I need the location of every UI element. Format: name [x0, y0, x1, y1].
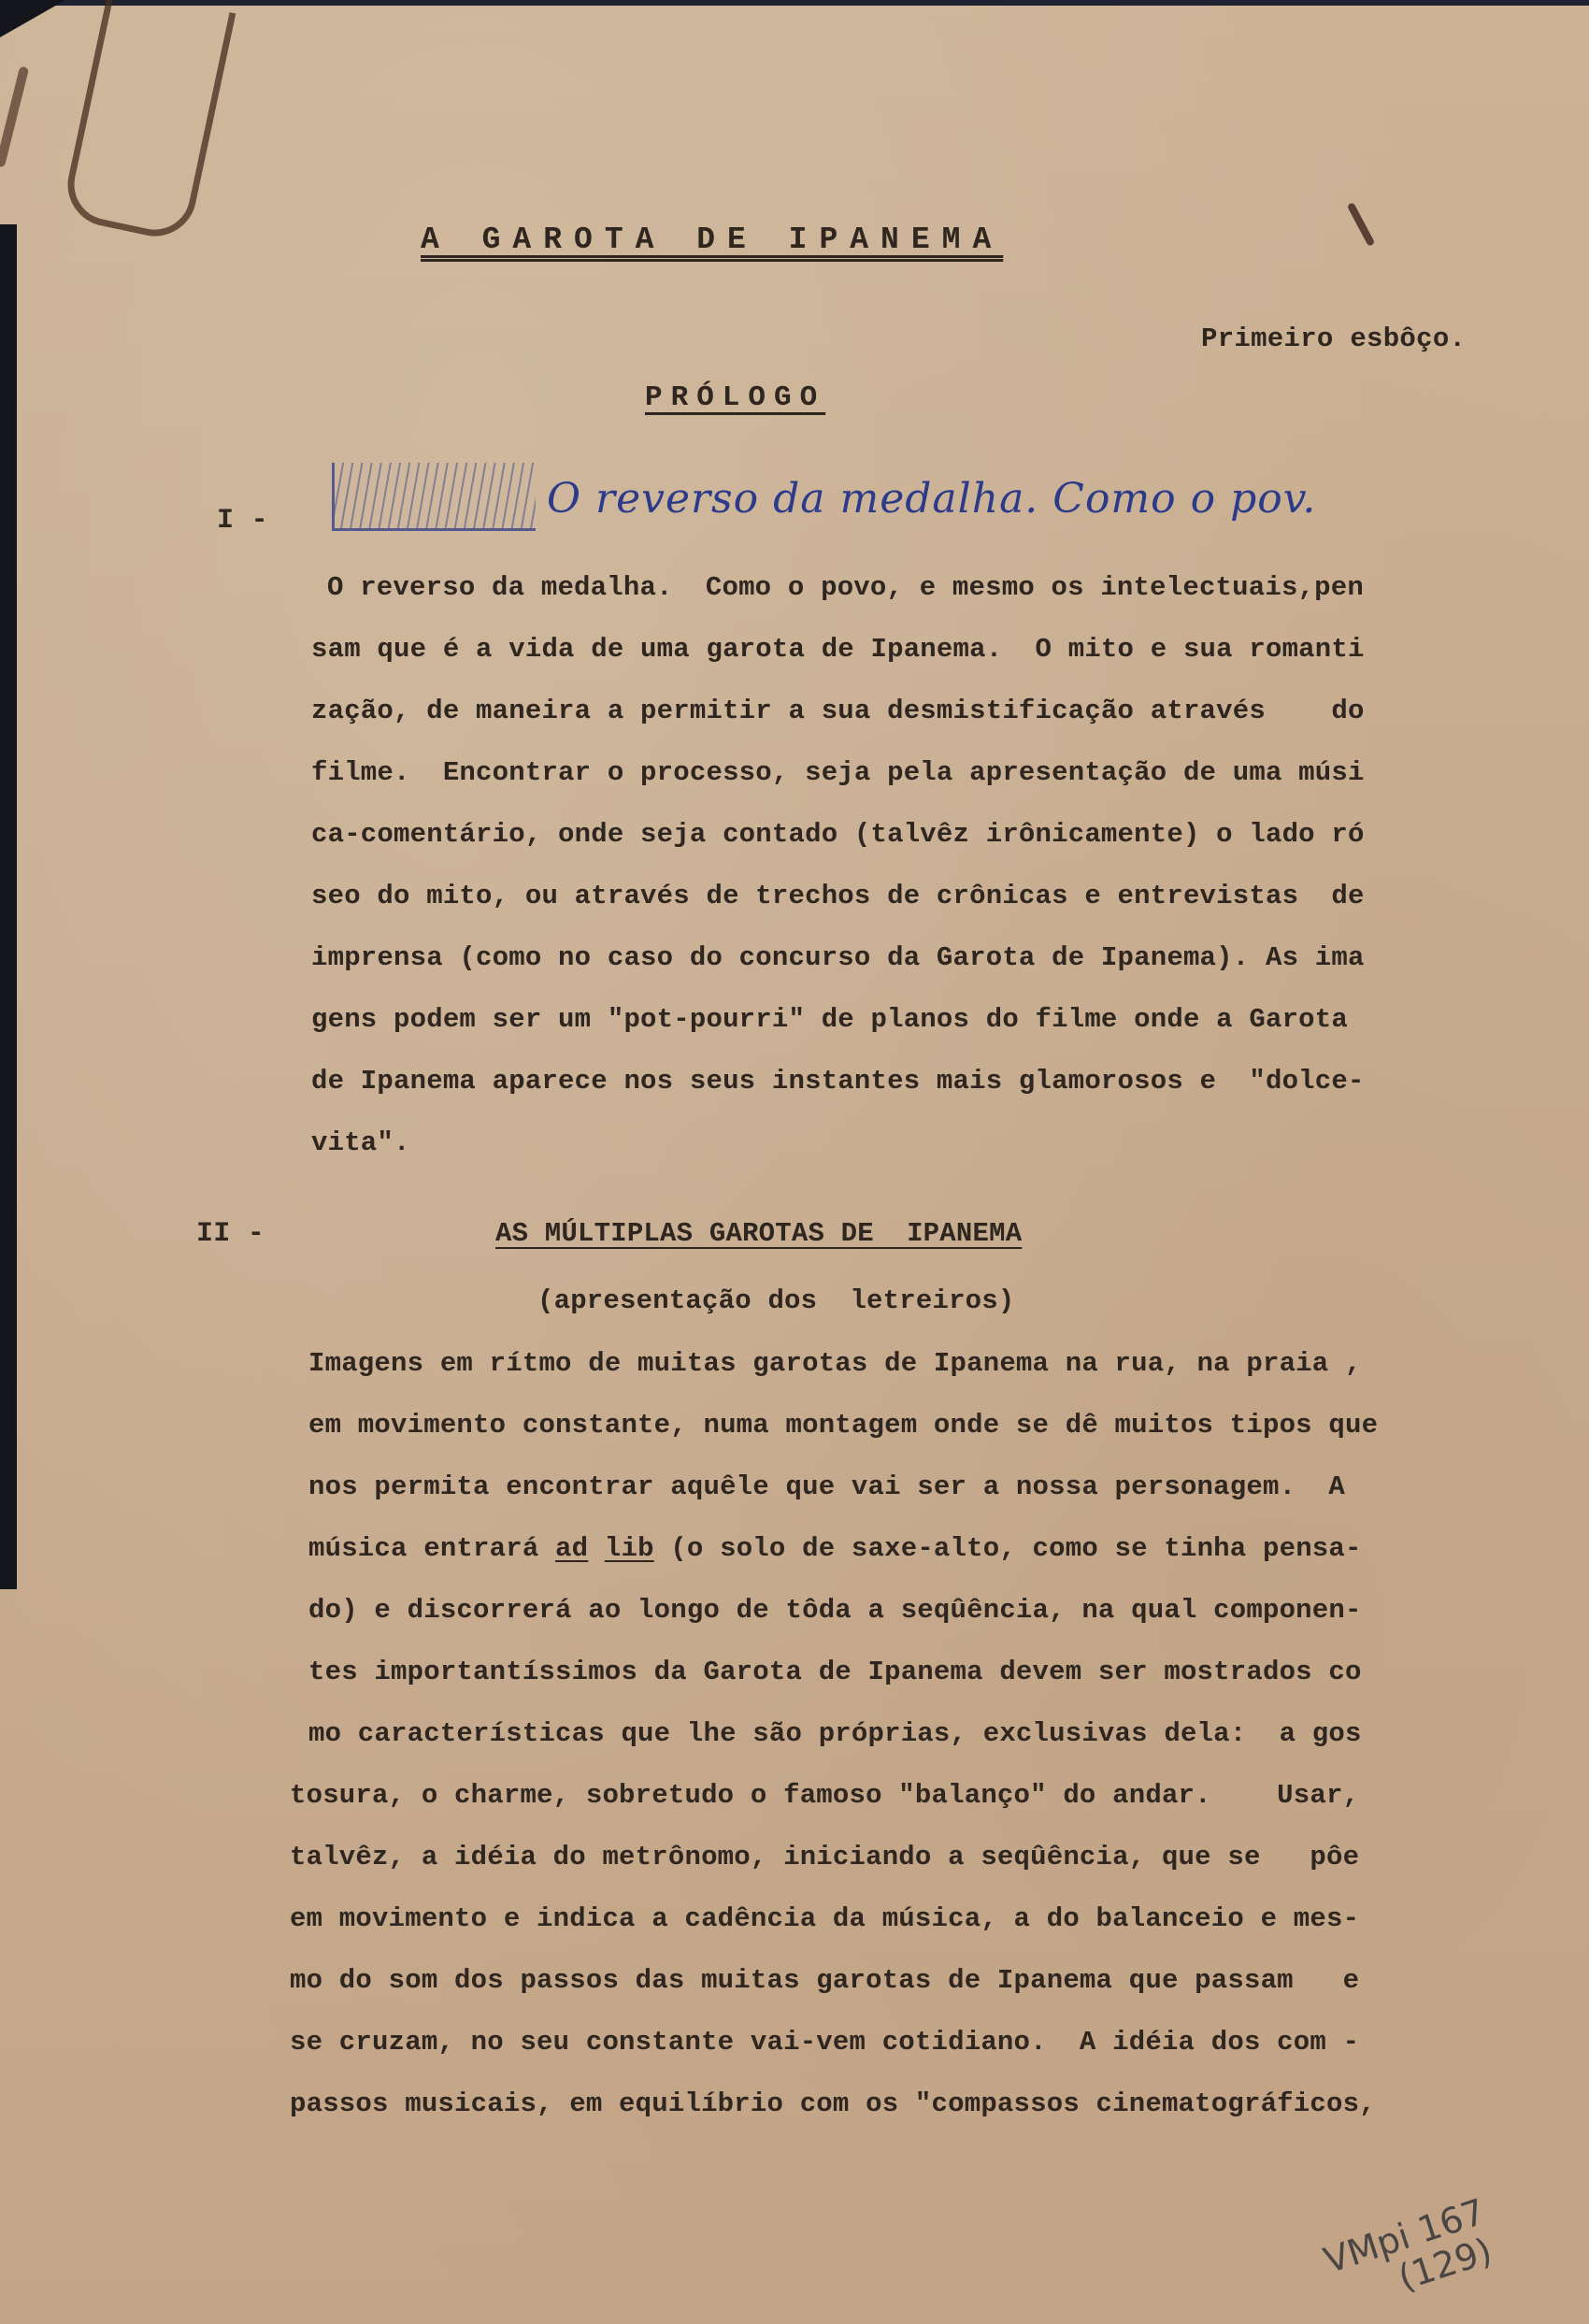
text-line: em movimento constante, numa montagem on…	[308, 1410, 1378, 1441]
text-fragment: música entrará	[308, 1533, 555, 1564]
text-line: passos musicais, em equilíbrio com os "c…	[290, 2088, 1376, 2119]
section-numeral: II -	[196, 1218, 265, 1250]
section-subheading: (apresentação dos letreiros)	[537, 1285, 1014, 1316]
archive-catalog-mark: VMpi 167 (129)	[1319, 2192, 1501, 2318]
section-heading: AS MÚLTIPLAS GAROTAS DE IPANEMA	[495, 1218, 1022, 1249]
text-line: mo do som dos passos das muitas garotas …	[290, 1965, 1359, 1996]
scan-border-top	[0, 0, 1589, 6]
text-line: Imagens em rítmo de muitas garotas de Ip…	[308, 1348, 1362, 1379]
text-line: tosura, o charme, sobretudo o famoso "ba…	[290, 1780, 1359, 1811]
scan-border-left	[0, 224, 17, 1589]
section-numeral: I -	[217, 505, 268, 537]
text-line: O reverso da medalha. Como o povo, e mes…	[327, 572, 1364, 603]
document-title: A GAROTA DE IPANEMA	[421, 222, 1003, 257]
text-line: vita".	[311, 1127, 410, 1158]
text-line: seo do mito, ou através de trechos de cr…	[311, 881, 1365, 911]
text-line: nos permita encontrar aquêle que vai ser…	[308, 1471, 1345, 1502]
text-line: tes importantíssimos da Garota de Ipanem…	[308, 1657, 1362, 1687]
text-line: sam que é a vida de uma garota de Ipanem…	[311, 634, 1365, 665]
text-line: zação, de maneira a permitir a sua desmi…	[311, 696, 1365, 726]
handwritten-annotation: O reverso da medalha. Como o pov.	[547, 475, 1316, 523]
text-line: ca-comentário, onde seja contado (talvêz…	[311, 819, 1365, 850]
text-line: em movimento e indica a cadência da músi…	[290, 1903, 1359, 1934]
text-line-music: música entrará ad lib (o solo de saxe-al…	[308, 1533, 1362, 1564]
draft-note: Primeiro esbôço.	[1201, 323, 1466, 354]
torn-corner	[0, 0, 65, 37]
underlined-term: ad	[555, 1533, 588, 1564]
text-line: talvêz, a idéia do metrônomo, iniciando …	[290, 1842, 1359, 1872]
text-line: filme. Encontrar o processo, seja pela a…	[311, 757, 1365, 788]
ink-mark	[1347, 202, 1376, 247]
text-line: gens podem ser um "pot-pourri" de planos…	[311, 1004, 1348, 1035]
document-page: A GAROTA DE IPANEMA Primeiro esbôço. PRÓ…	[0, 0, 1589, 2324]
paperclip-rust-stain	[60, 0, 236, 244]
handwritten-strikeout	[332, 463, 536, 531]
rust-stain	[0, 65, 29, 167]
text-fragment: (o solo de saxe-alto, como se tinha pens…	[654, 1533, 1362, 1564]
text-line: mo características que lhe são próprias,…	[308, 1718, 1362, 1749]
text-line: do) e discorrerá ao longo de tôda a seqû…	[308, 1595, 1362, 1626]
text-line: se cruzam, no seu constante vai-vem coti…	[290, 2027, 1359, 2058]
text-line: de Ipanema aparece nos seus instantes ma…	[311, 1066, 1365, 1097]
text-line: imprensa (como no caso do concurso da Ga…	[311, 942, 1365, 973]
underlined-term: lib	[605, 1533, 654, 1564]
prologue-heading: PRÓLOGO	[645, 381, 825, 414]
